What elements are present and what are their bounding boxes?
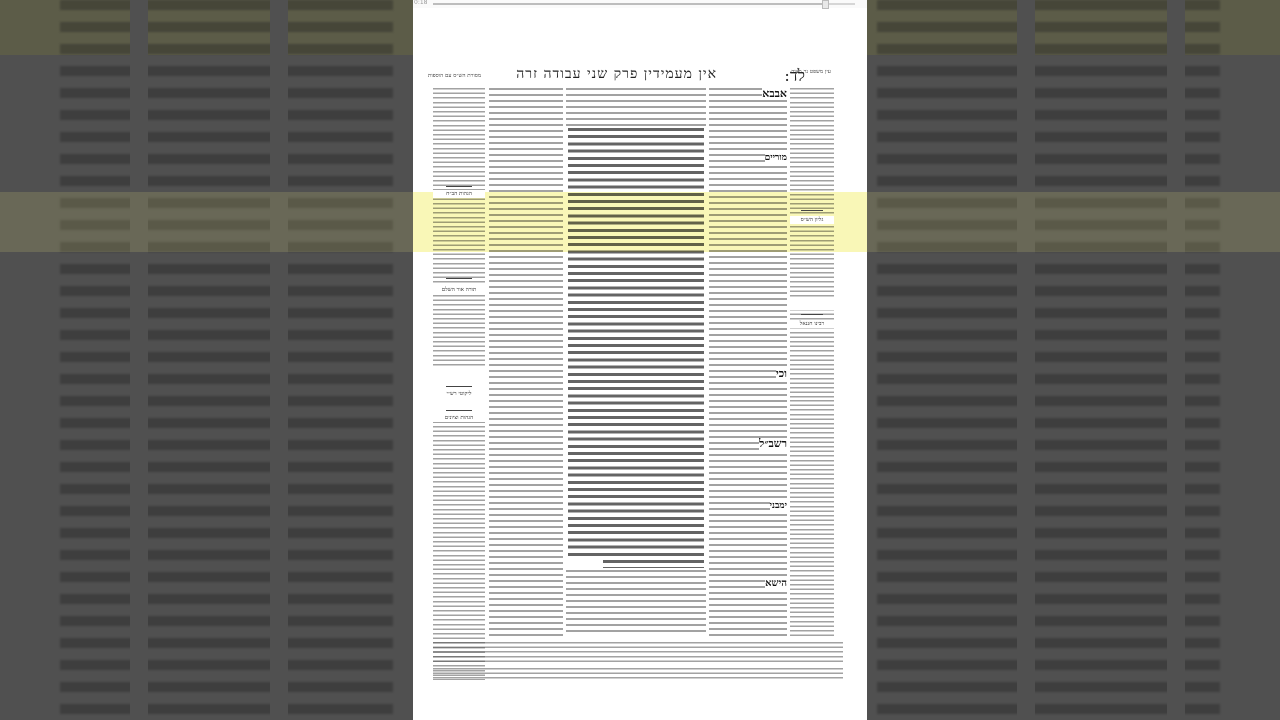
background-highlight — [0, 192, 413, 252]
rashi-opening-word: אבבא — [762, 88, 787, 100]
blurred-background-right — [867, 0, 1280, 720]
divider — [446, 386, 472, 387]
section-heading: ליקוטי רש״י — [433, 390, 485, 398]
divider — [801, 314, 823, 315]
margin-text — [433, 88, 485, 378]
section-heading: הגהות הב״ח — [433, 190, 485, 198]
right-margin-column-lower — [790, 400, 834, 636]
divider — [446, 278, 472, 279]
tosafot-keyword: רשב״ל — [759, 438, 787, 450]
footnotes-lower — [433, 668, 843, 682]
video-scrubber[interactable]: 0:18 — [413, 0, 867, 8]
rashi-keyword: וכי — [776, 368, 787, 380]
margin-text — [433, 380, 485, 680]
column-gap — [1017, 0, 1035, 720]
footnotes — [433, 642, 843, 664]
divider — [801, 210, 823, 211]
page-title: אין מעמידין פרק שני עבודה זרה — [516, 66, 717, 83]
left-margin-heading: מסורת הש״ס עם הוספות — [427, 72, 482, 80]
background-highlight — [867, 192, 1280, 252]
section-heading: הגהות וציונים — [433, 414, 485, 422]
tosafot-text — [489, 88, 563, 636]
section-heading: גליון הש״ס — [790, 216, 834, 224]
gemara-bottom-commentary — [566, 570, 706, 632]
timestamp: 0:18 — [414, 0, 427, 6]
margin-text — [790, 88, 834, 398]
tosafot-keyword: הישא — [765, 578, 787, 590]
right-margin-heading: עין משפט נר מצוה — [791, 68, 831, 76]
divider — [446, 410, 472, 411]
section-heading: תורה אור השלם — [433, 286, 485, 294]
scrubber-handle[interactable] — [822, 0, 829, 9]
blurred-text — [60, 0, 393, 720]
section-heading: רבינו חננאל — [790, 320, 834, 328]
left-margin-column-lower: ליקוטי רש״י הגהות וציונים — [433, 380, 485, 680]
rashi-column: אבבא מוריים וכי רשב״ל ימבני הישא — [709, 88, 787, 636]
gemara-top-commentary — [566, 88, 706, 126]
column-gap — [270, 0, 288, 720]
right-margin-column: גליון הש״ס רבינו חננאל — [790, 88, 834, 398]
tosafot-column — [489, 88, 563, 636]
talmud-page: 0:18 לד: אין מעמידין פרק שני עבודה זרה מ… — [413, 0, 867, 720]
tosafot-keyword: ימבני — [770, 500, 787, 512]
rashi-text — [709, 88, 787, 636]
column-gap — [1167, 0, 1185, 720]
blurred-background-left — [0, 0, 413, 720]
divider — [446, 186, 472, 187]
rashi-keyword: מוריים — [765, 152, 787, 164]
scrubber-progress — [433, 3, 825, 5]
gemara-column — [568, 128, 704, 568]
left-margin-column: הגהות הב״ח תורה אור השלם — [433, 88, 485, 378]
column-gap — [130, 0, 148, 720]
gemara-text — [568, 128, 704, 568]
